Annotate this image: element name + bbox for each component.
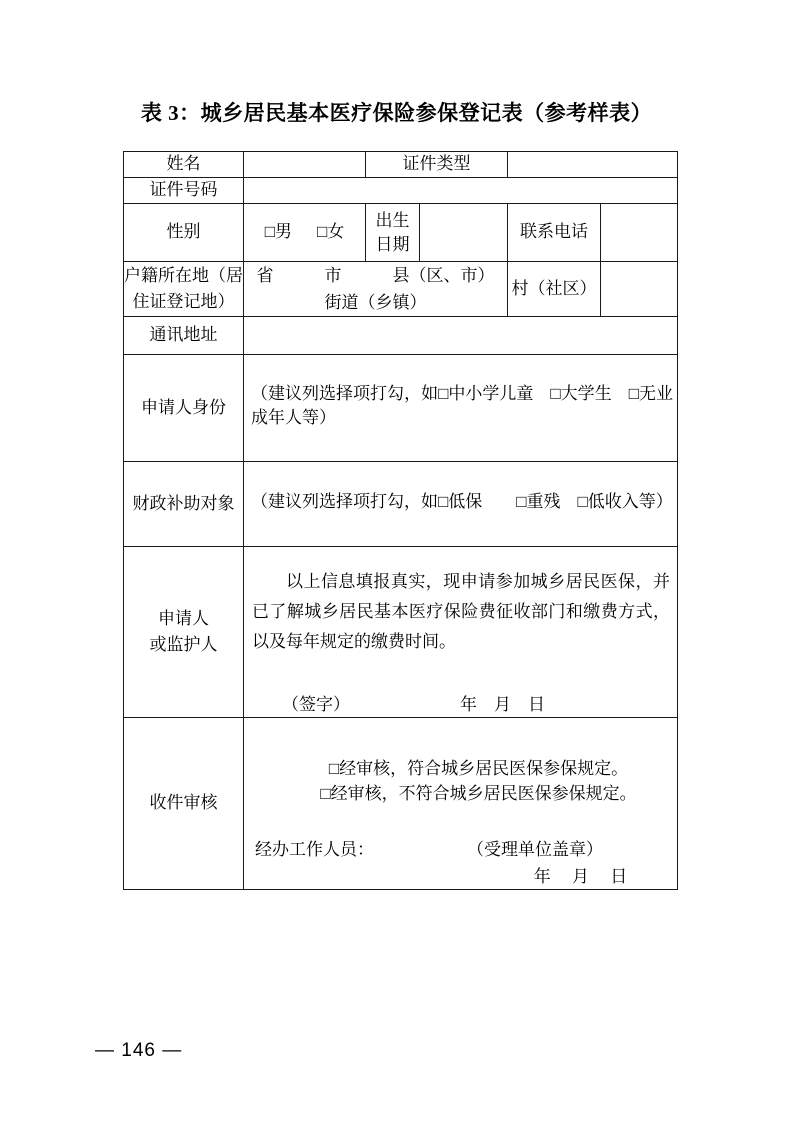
review-date-line: 年 月 日 [244, 864, 677, 889]
document-page: 表 3：城乡居民基本医疗保险参保登记表（参考样表） 姓名 证件类型 证件号码 性… [0, 0, 793, 1122]
review-cell: □经审核，符合城乡居民医保参保规定。 □经审核，不符合城乡居民医保参保规定。 经… [244, 718, 678, 890]
village-label: 村（社区） [508, 262, 601, 317]
gender-female-checkbox: □女 [317, 221, 344, 244]
declaration-date-line: 年 月 日 [460, 692, 545, 717]
row-review: 收件审核 □经审核，符合城乡居民医保参保规定。 □经审核，不符合城乡居民医保参保… [124, 718, 678, 890]
subsidy-note-cell: （建议列选择项打勾，如□低保 □重残 □低收入等） [244, 462, 678, 547]
hukou-value-cell: 省 市 县（区、市） 街道（乡镇） [244, 262, 508, 317]
mailing-address-label: 通讯地址 [124, 317, 244, 355]
name-label: 姓名 [124, 152, 244, 178]
row-mailing-address: 通讯地址 [124, 317, 678, 355]
row-hukou: 户籍所在地（居 住证登记地） 省 市 县（区、市） 街道（乡镇） 村（社区） [124, 262, 678, 317]
gender-label: 性别 [124, 204, 244, 262]
id-number-label: 证件号码 [124, 178, 244, 204]
review-label: 收件审核 [124, 718, 244, 890]
declaration-cell: 以上信息填报真实，现申请参加城乡居民医保，并已了解城乡居民基本医疗保险费征收部门… [244, 547, 678, 718]
handler-label: 经办工作人员： [255, 837, 374, 862]
review-reject-checkbox: □经审核，不符合城乡居民医保参保规定。 [244, 781, 677, 806]
contact-phone-value-cell [601, 204, 678, 262]
mailing-address-value-cell [244, 317, 678, 355]
declaration-label: 申请人 或监护人 [124, 547, 244, 718]
subsidy-note: （建议列选择项打勾，如□低保 □重残 □低收入等） [251, 490, 673, 514]
applicant-identity-note: （建议列选择项打勾，如□中小学儿童 □大学生 □无业成年人等） [251, 382, 673, 429]
applicant-identity-label: 申请人身份 [124, 355, 244, 462]
id-number-value-cell [244, 178, 678, 204]
id-type-value-cell [508, 152, 678, 178]
id-type-label: 证件类型 [366, 152, 508, 178]
stamp-label: （受理单位盖章） [467, 837, 603, 862]
name-value-cell [244, 152, 366, 178]
page-number: — 146 — [95, 1040, 182, 1062]
subsidy-label: 财政补助对象 [124, 462, 244, 547]
row-declaration: 申请人 或监护人 以上信息填报真实，现申请参加城乡居民医保，并已了解城乡居民基本… [124, 547, 678, 718]
signature-label: （签字） [282, 692, 350, 717]
page-title: 表 3：城乡居民基本医疗保险参保登记表（参考样表） [0, 97, 793, 127]
hukou-label: 户籍所在地（居 住证登记地） [124, 262, 244, 317]
birth-date-value-cell [420, 204, 508, 262]
row-applicant-identity: 申请人身份 （建议列选择项打勾，如□中小学儿童 □大学生 □无业成年人等） [124, 355, 678, 462]
review-approve-checkbox: □经审核，符合城乡居民医保参保规定。 [244, 756, 677, 781]
row-name: 姓名 证件类型 [124, 152, 678, 178]
row-subsidy: 财政补助对象 （建议列选择项打勾，如□低保 □重残 □低收入等） [124, 462, 678, 547]
birth-date-label: 出生 日期 [366, 204, 420, 262]
contact-phone-label: 联系电话 [508, 204, 601, 262]
gender-male-checkbox: □男 [265, 221, 292, 244]
village-value-cell [601, 262, 678, 317]
declaration-statement: 以上信息填报真实，现申请参加城乡居民医保，并已了解城乡居民基本医疗保险费征收部门… [252, 567, 670, 657]
registration-form-table: 姓名 证件类型 证件号码 性别 □男 □女 出生 日期 联系电话 [123, 151, 678, 890]
applicant-identity-note-cell: （建议列选择项打勾，如□中小学儿童 □大学生 □无业成年人等） [244, 355, 678, 462]
row-id-number: 证件号码 [124, 178, 678, 204]
gender-options-cell: □男 □女 [244, 204, 366, 262]
row-gender-birth-phone: 性别 □男 □女 出生 日期 联系电话 [124, 204, 678, 262]
